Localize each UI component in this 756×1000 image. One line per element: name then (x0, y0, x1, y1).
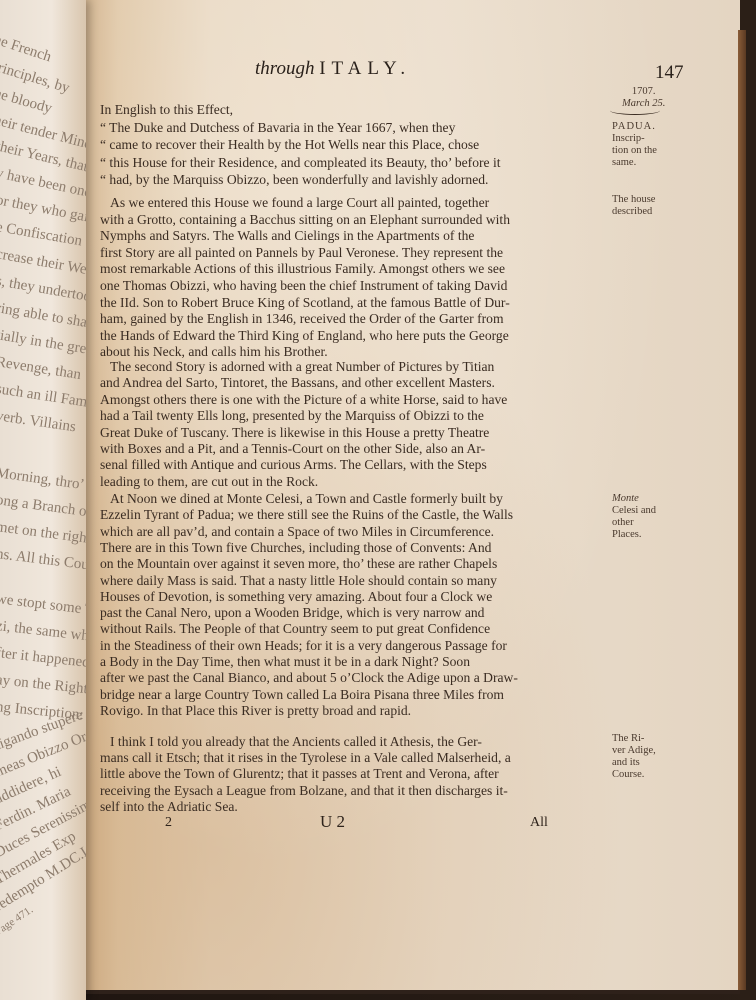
running-head-caps: ITALY. (319, 58, 411, 79)
text-line: a Body in the Day Time, then what must i… (100, 653, 470, 671)
text-line: bridge near a large Country Town called … (100, 686, 504, 704)
text-line: “ The Duke and Dutchess of Bavaria in th… (100, 119, 455, 137)
text-line: where daily Mass is said. That a nasty l… (100, 572, 497, 590)
text-line: Rovigo. In that Place this River is pret… (100, 702, 411, 720)
left-page-line: tially in the great (0, 327, 86, 360)
left-page-line: fter it happened. (0, 645, 86, 672)
text-line: There are in this Town five Churches, in… (100, 539, 491, 557)
text-line: “ came to recover their Health by the Ho… (100, 136, 479, 154)
margin-note-line: Places. (612, 529, 656, 541)
margin-note-house: The house described (612, 194, 655, 218)
text-line: after we past the Canal Bianco, and abou… (100, 669, 518, 687)
left-page-curl: the FrenchPrinciples, bythe bloodytheir … (0, 0, 86, 1000)
text-line: “ had, by the Marquiss Obizzo, been wond… (100, 171, 488, 189)
text-line: with a Grotto, containing a Bacchus sitt… (100, 211, 510, 229)
text-line: leading to them, are cut out in the Rock… (100, 473, 318, 491)
brace-mark (610, 106, 660, 115)
margin-note-line: Course. (612, 769, 656, 781)
margin-note-monte: Monte Celesi and other Places. (612, 493, 656, 541)
text-line: with Boxes and a Pit, and a Tennis-Court… (100, 440, 485, 458)
text-line: Houses of Devotion, is something very am… (100, 588, 492, 606)
margin-note-line: and its (612, 757, 656, 769)
text-line: Amongst others there is one with the Pic… (100, 391, 507, 409)
text-line: the Hands of Edward the Third King of En… (100, 327, 509, 345)
text-line: had a Tail twenty Ells long, presented b… (100, 407, 484, 425)
margin-note-line: 1707. (622, 86, 665, 98)
left-page-line: verb. Villains (0, 408, 77, 436)
left-page-line: zi, the same who (0, 618, 86, 646)
margin-note-line: Inscrip- (612, 133, 657, 145)
text-line: without Rails. The People of that Countr… (100, 620, 490, 638)
margin-note-padua: PADUA. Inscrip- tion on the same. (612, 121, 657, 169)
catchword: All (530, 815, 548, 831)
left-page-line: ns. All this Coun (0, 546, 86, 575)
left-page-line: ay on the Right (0, 672, 86, 698)
margin-note-line: The Ri- (612, 733, 656, 745)
text-line: on the Mountain over against it seven mo… (100, 555, 497, 573)
text-line: one Thomas Obizzi, who having been the c… (100, 277, 507, 295)
left-page-line: met on the right (0, 519, 86, 548)
text-line: Great Duke of Tuscany. There is likewise… (100, 424, 489, 442)
left-page-line: Morning, thro’ (0, 465, 85, 494)
page-edge (738, 30, 746, 990)
text-line: in the Steadiness of their own Heads; fo… (100, 637, 507, 655)
running-head: through ITALY. (255, 58, 411, 80)
text-line: self into the Adriatic Sea. (100, 798, 238, 816)
running-head-italic: through (255, 58, 314, 79)
margin-note-adige: The Ri- ver Adige, and its Course. (612, 733, 656, 781)
text-line: As we entered this House we found a larg… (110, 194, 489, 212)
left-page-line: such an ill Fame, (0, 381, 86, 413)
text-line: ham, gained by the English in 1346, rece… (100, 310, 504, 328)
left-page-line: the French (0, 30, 53, 66)
text-line: In English to this Effect, (100, 101, 233, 119)
left-page-line: we stopt some Time (0, 591, 86, 622)
text-line: the IId. Son to Robert Bruce King of Sco… (100, 294, 510, 312)
text-line: Ezzelin Tyrant of Padua; we there still … (100, 506, 513, 524)
text-line: The second Story is adorned with a great… (110, 358, 494, 376)
margin-note-line: tion on the (612, 145, 657, 157)
margin-note-line: described (612, 206, 655, 218)
margin-note-line: PADUA. (612, 121, 657, 133)
footer-number: 2 (165, 815, 172, 831)
text-line: most remarkable Actions of this illustri… (100, 260, 505, 278)
page-number: 147 (655, 62, 684, 84)
margin-note-line: Celesi and (612, 505, 656, 517)
text-line: and Andrea del Sarto, Tintoret, the Bass… (100, 374, 495, 392)
left-page-line: ong a Branch of the (0, 492, 86, 524)
text-line: Nymphs and Satyrs. The Walls and Cieling… (100, 227, 474, 245)
text-line: which are all pav’d, and contain a Space… (100, 523, 494, 541)
margin-note-line: other (612, 517, 656, 529)
margin-note-line: same. (612, 157, 657, 169)
signature-mark: U 2 (320, 812, 345, 832)
margin-note-line: ver Adige, (612, 745, 656, 757)
text-line: “ this House for their Residence, and co… (100, 154, 501, 172)
text-line: At Noon we dined at Monte Celesi, a Town… (110, 490, 503, 508)
left-page-line: Revenge, than (0, 354, 82, 384)
text-line: first Story are all painted on Pannels b… (100, 244, 503, 262)
text-line: senal filled with Antique and curious Ar… (100, 456, 487, 474)
margin-note-line: The house (612, 194, 655, 206)
text-line: past the Canal Nero, upon a Wooden Bridg… (100, 604, 484, 622)
margin-note-line: Monte (612, 493, 656, 505)
